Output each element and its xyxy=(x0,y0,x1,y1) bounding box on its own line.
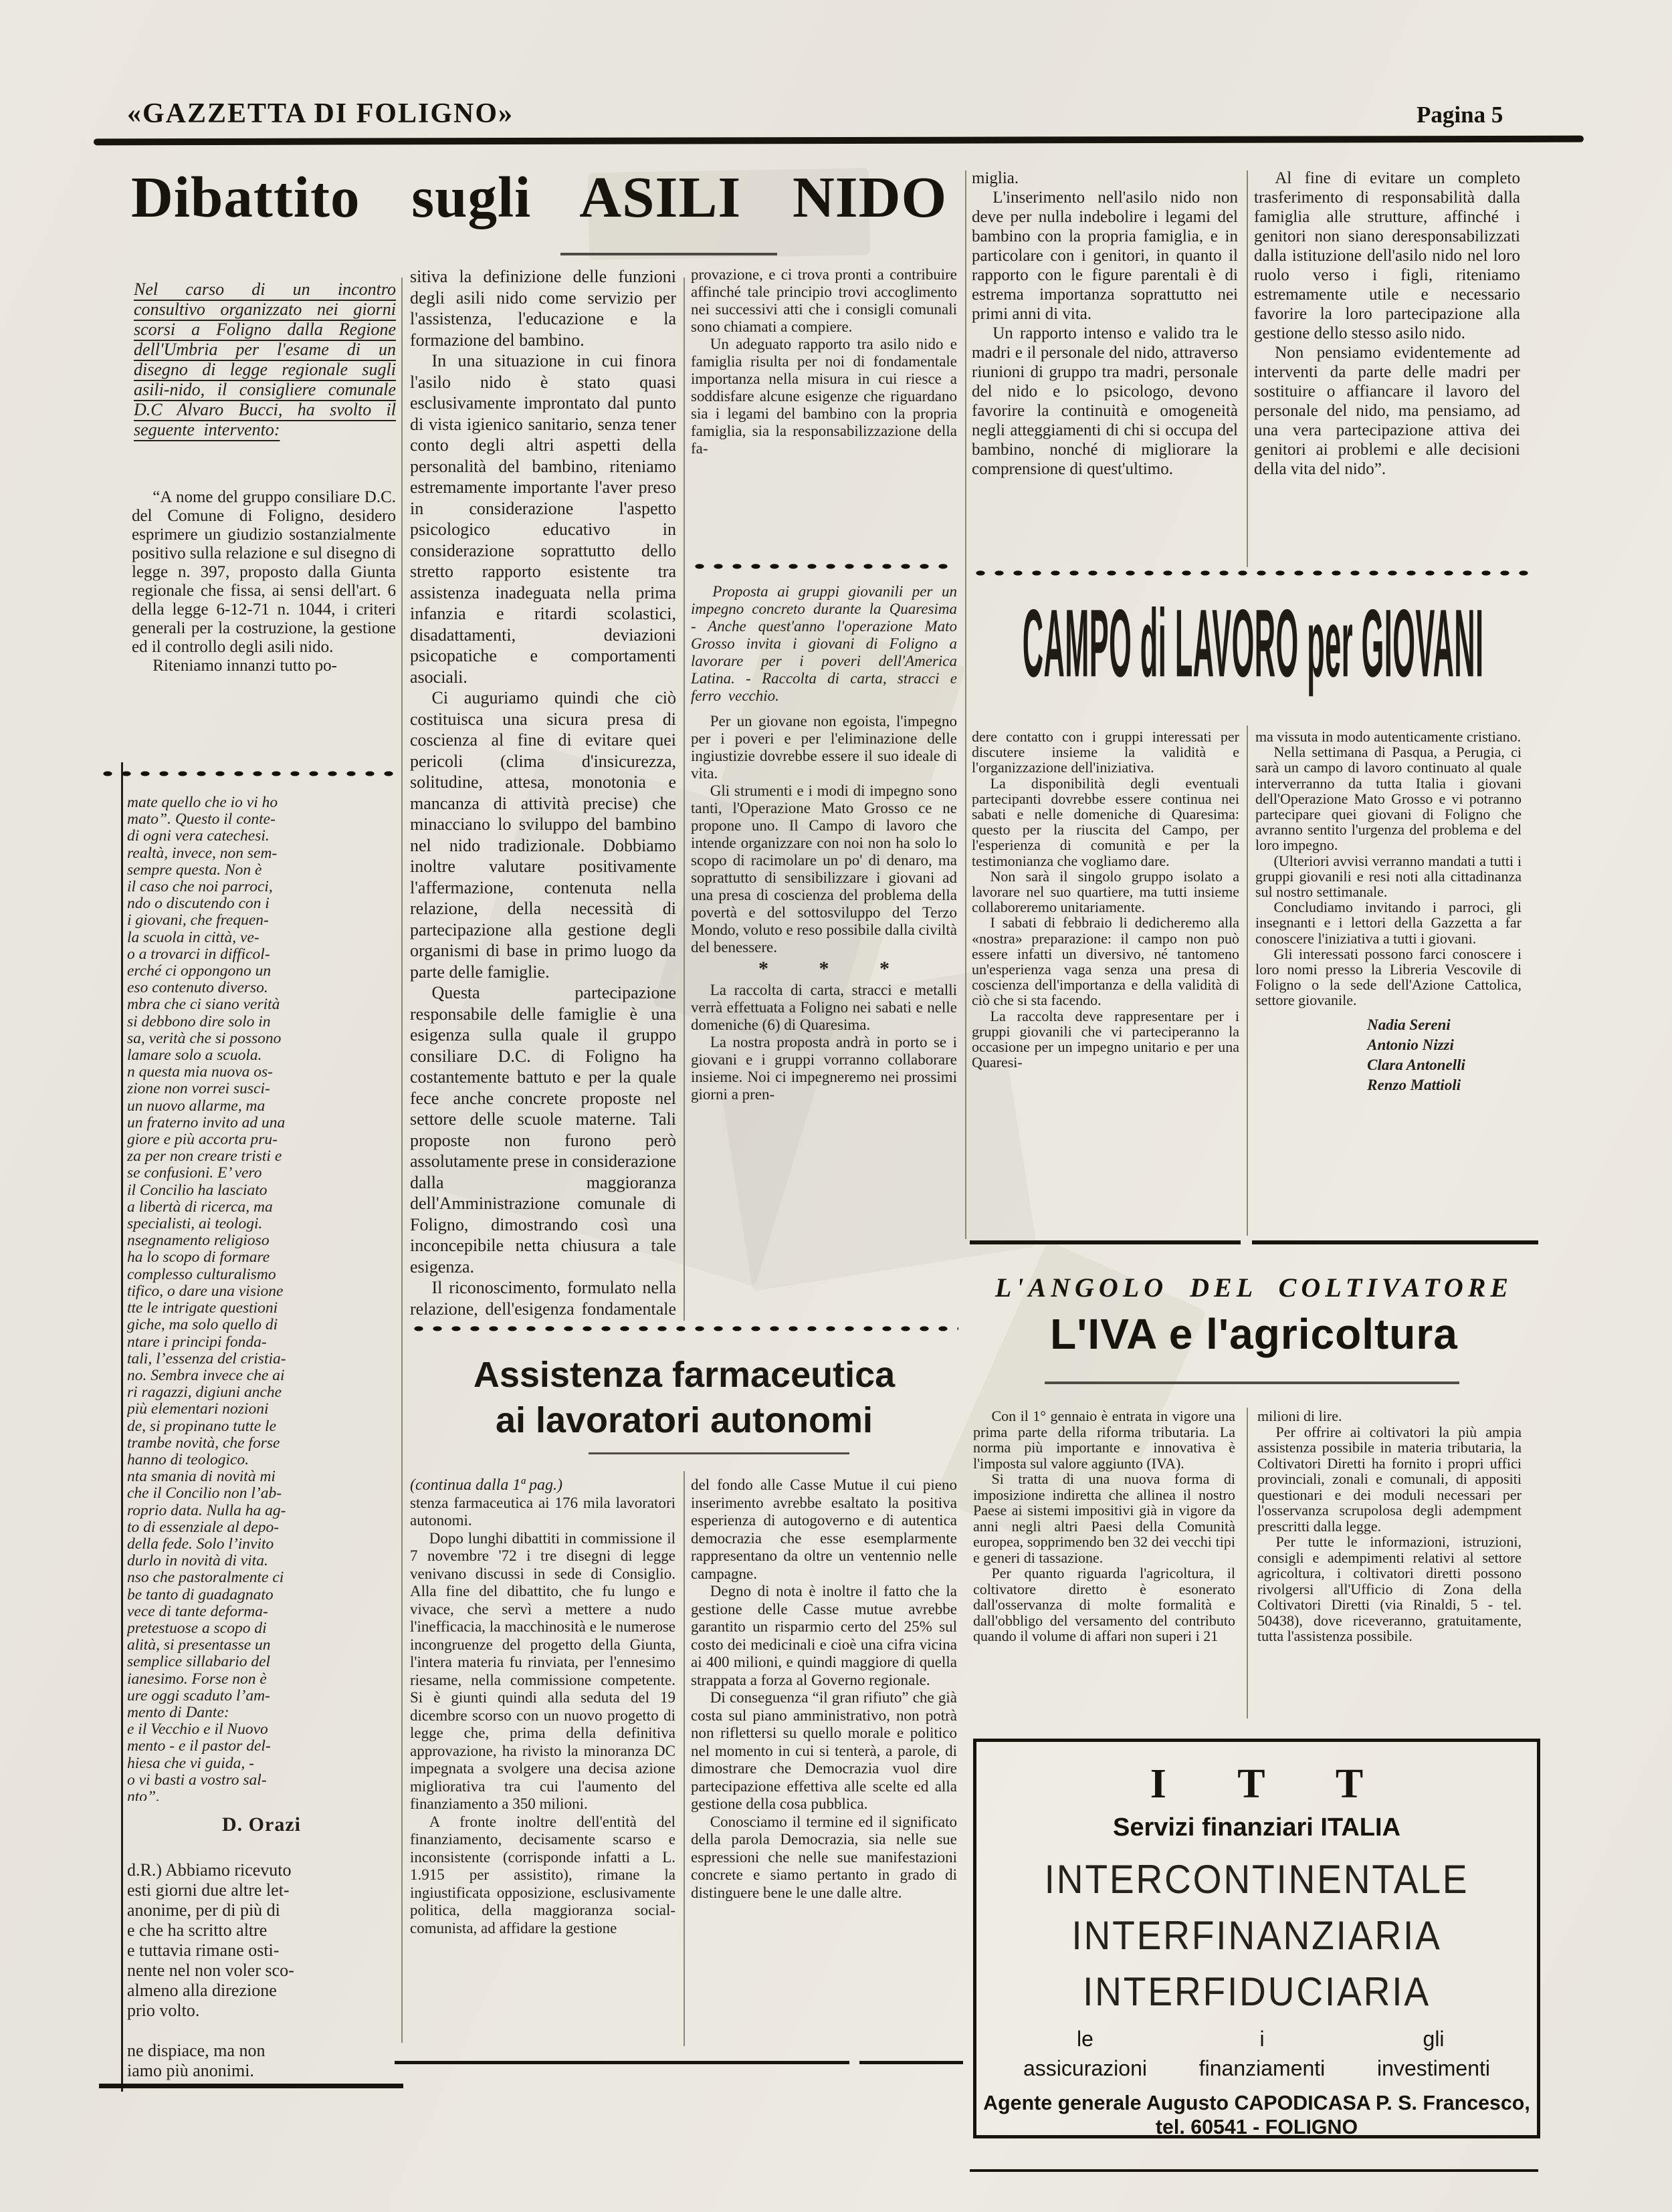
itt-services: le assicurazioni i finanziamenti gli inv… xyxy=(976,2020,1537,2083)
paragraph: de, si propinano tutte le xyxy=(127,1418,396,1435)
paragraph: dere contatto con i gruppi interessati p… xyxy=(972,729,1239,776)
column-separator xyxy=(684,1471,685,2046)
paragraph: la scuola in città, ve- xyxy=(127,929,396,946)
bottom-right-rule xyxy=(970,2169,1538,2172)
paragraph: mento di Dante: xyxy=(127,1704,396,1721)
itt-agent-line: Agente generale Augusto CAPODICASA P. S.… xyxy=(982,2083,1531,2139)
paragraph: tali, l’essenza del cristia- xyxy=(127,1351,396,1367)
paragraph: Con il 1° gennaio è entrata in vigore un… xyxy=(973,1408,1235,1471)
paragraph: “A nome del gruppo consiliare D.C. del C… xyxy=(132,488,396,657)
paragraph: o vi basti a vostro sal- xyxy=(127,1772,396,1789)
paragraph: Ci auguriamo quindi che ciò costituisca … xyxy=(410,687,676,982)
paragraph: mate quello che io vi ho xyxy=(127,794,396,811)
campo-bottom-rule xyxy=(970,1240,1241,1244)
paragraph: Renzo Mattioli xyxy=(1367,1075,1522,1095)
paragraph: sempre questa. Non è xyxy=(127,862,396,879)
paragraph: prio volto. xyxy=(127,2001,396,2021)
paragraph: Concludiamo invitando i parroci, gli ins… xyxy=(1255,899,1522,946)
headline-iva-underline xyxy=(1045,1381,1459,1384)
farma-bottom-rule xyxy=(859,2061,963,2064)
paragraph: d.R.) Abbiamo ricevuto xyxy=(127,1860,396,1880)
clipped-article-fragment: mate quello che io vi homato”. Questo il… xyxy=(127,794,396,1801)
paragraph: e che ha scritto altre xyxy=(127,1920,396,1941)
dotted-divider xyxy=(691,562,957,572)
column-separator xyxy=(401,278,403,2043)
paragraph: La raccolta di carta, stracci e metalli … xyxy=(691,982,957,1034)
paragraph: lamare solo a scuola. xyxy=(127,1047,396,1064)
service-article: i xyxy=(1199,2024,1326,2054)
campo-col3-section: Proposta ai gruppi giovanili per un impe… xyxy=(691,583,957,1319)
asili-col1-body: “A nome del gruppo consiliare D.C. del C… xyxy=(132,488,396,769)
masthead-title: «GAZZETTA DI FOLIGNO» xyxy=(127,98,514,130)
itt-brand: I T T xyxy=(976,1742,1537,1808)
paragraph: sitiva la definizione delle funzioni deg… xyxy=(410,266,676,350)
paragraph: nente nel non voler sco- xyxy=(127,1961,396,1981)
paragraph: Non sarà il singolo gruppo isolato a lav… xyxy=(972,869,1239,915)
paragraph: to di essenziale al depo- xyxy=(127,1519,396,1536)
iva-colA: Con il 1° gennaio è entrata in vigore un… xyxy=(973,1408,1235,1724)
paragraph: mbra che ci siano verità xyxy=(127,996,396,1013)
campo-colB: ma vissuta in modo autenticamente cristi… xyxy=(1255,729,1522,1240)
farma-colB: del fondo alle Casse Mutue il cui pieno … xyxy=(691,1476,957,2078)
paragraph: Di conseguenza “il gran rifiuto” che già… xyxy=(691,1689,957,1813)
paragraph: Il riconoscimento, formulato nella relaz… xyxy=(410,1277,676,1323)
editor-note: d.R.) Abbiamo ricevutoesti giorni due al… xyxy=(127,1860,396,2085)
paragraph: ne dispiace, ma non xyxy=(127,2041,396,2061)
itt-company-lines: INTERCONTINENTALE INTERFINANZIARIA INTER… xyxy=(976,1842,1537,2020)
paragraph: Per un giovane non egoista, l'impegno pe… xyxy=(691,713,957,782)
paragraph xyxy=(127,2021,396,2041)
headline-underline xyxy=(560,253,777,255)
itt-subtitle: Servizi finanziari ITALIA xyxy=(976,1808,1537,1842)
column-separator xyxy=(1247,171,1248,567)
paragraph: ma vissuta in modo autenticamente cristi… xyxy=(1255,729,1522,744)
paragraph: ure oggi scaduto l’am- xyxy=(127,1688,396,1704)
asili-col3: provazione, e ci trova pronti a contribu… xyxy=(691,266,957,559)
paragraph: Gli strumenti e i modi di impegno sono t… xyxy=(691,782,957,956)
service-article: le xyxy=(1023,2024,1147,2054)
paragraph: ri ragazzi, digiuni anche xyxy=(127,1384,396,1401)
paragraph: giche, ma solo quello di xyxy=(127,1317,396,1333)
itt-service-investimenti: gli investimenti xyxy=(1377,2024,1490,2083)
paragraph: il caso che noi parroci, xyxy=(127,879,396,895)
paragraph: A fronte inoltre dell'entità del finanzi… xyxy=(410,1813,675,1938)
paragraph: un nuovo allarme, ma xyxy=(127,1098,396,1115)
headline-farmaceutica-underline xyxy=(589,1452,849,1454)
paragraph: roprio data. Nulla ha ag- xyxy=(127,1503,396,1519)
paragraph: provazione, e ci trova pronti a contribu… xyxy=(691,266,957,336)
campo-bottom-rule xyxy=(1252,1240,1538,1244)
headline-campo-lavoro: CAMPO di LAVORO per GIOVANI xyxy=(968,588,1538,722)
dotted-divider xyxy=(410,1324,958,1334)
column-separator xyxy=(684,278,685,1321)
paragraph: Dopo lunghi dibattiti in commissione il … xyxy=(410,1530,675,1813)
paragraph: Nadia Sereni xyxy=(1367,1015,1522,1035)
paragraph: alità, si presentasse un xyxy=(127,1637,396,1654)
paragraph: Degno di nota è inoltre il fatto che la … xyxy=(691,1583,957,1689)
paragraph: Al fine di evitare un completo trasferim… xyxy=(1254,169,1520,343)
paragraph: del fondo alle Casse Mutue il cui pieno … xyxy=(691,1476,957,1583)
column-separator xyxy=(965,171,966,1239)
paragraph: eso contenuto diverso. xyxy=(127,980,396,996)
campo-colA: dere contatto con i gruppi interessati p… xyxy=(972,729,1239,1240)
paragraph: tte le intrigate questioni xyxy=(127,1300,396,1317)
asili-col5: Al fine di evitare un completo trasferim… xyxy=(1254,169,1520,567)
paragraph: milioni di lire. xyxy=(1257,1408,1522,1424)
paragraph: La raccolta deve rappresentare per i gru… xyxy=(972,1008,1239,1071)
iva-colB: milioni di lire.Per offrire ai coltivato… xyxy=(1257,1408,1522,1729)
paragraph: zione non vorrei susci- xyxy=(127,1081,396,1097)
paragraph: che il Concilio non l’ab- xyxy=(127,1485,396,1502)
itt-line: INTERFINANZIARIA xyxy=(999,1908,1515,1964)
service-article: gli xyxy=(1377,2024,1490,2054)
paragraph: Conosciamo il termine ed il significato … xyxy=(691,1813,957,1902)
paragraph: e il Vecchio e il Nuovo xyxy=(127,1721,396,1738)
kicker-angolo-coltivatore: L'ANGOLO DEL COLTIVATORE xyxy=(970,1272,1538,1303)
itt-ad-box: I T T Servizi finanziari ITALIA INTERCON… xyxy=(973,1739,1540,2138)
paragraph: mento - e il pastor del- xyxy=(127,1738,396,1755)
paragraph: hiesa che vi guida, - xyxy=(127,1755,396,1772)
itt-service-assicurazioni: le assicurazioni xyxy=(1023,2024,1147,2083)
paragraph: realtà, invece, non sem- xyxy=(127,845,396,862)
paragraph: za per non creare tristi e xyxy=(127,1148,396,1165)
paragraph: n questa mia nuova os- xyxy=(127,1064,396,1081)
paragraph: complesso culturalismo xyxy=(127,1266,396,1283)
paragraph: nso che pastoralmente ci xyxy=(127,1569,396,1586)
paragraph: nto”. xyxy=(127,1789,396,1801)
paragraph: nta smania di novità mi xyxy=(127,1468,396,1485)
campo-signatures: Nadia SereniAntonio NizziClara Antonelli… xyxy=(1255,1015,1522,1095)
stars-separator: * * * xyxy=(691,960,957,978)
paragraph: durlo in novità di vita. xyxy=(127,1553,396,1569)
headline-iva-agricoltura: L'IVA e l'agricoltura xyxy=(970,1309,1538,1359)
page-edge-line xyxy=(121,762,123,2092)
farma-bottom-rule xyxy=(395,2061,849,2064)
paragraph: Antonio Nizzi xyxy=(1367,1035,1522,1055)
column1-bottom-rule xyxy=(99,2084,403,2088)
dotted-divider xyxy=(972,568,1537,578)
itt-service-finanziamenti: i finanziamenti xyxy=(1199,2024,1326,2083)
paragraph: Un adeguato rapporto tra asilo nido e fa… xyxy=(691,336,957,457)
paragraph: specialisti, ai teologi. xyxy=(127,1216,396,1232)
paragraph: ndo o discutendo con i xyxy=(127,895,396,912)
paragraph: semplice sillabario del xyxy=(127,1654,396,1670)
paragraph: Si tratta di una nuova forma di imposizi… xyxy=(973,1471,1235,1565)
paragraph: della fede. Solo l’invito xyxy=(127,1536,396,1553)
asili-col1-intro: Nel carso di un incontro consultivo orga… xyxy=(134,280,396,480)
paragraph: vece di tante deforma- xyxy=(127,1603,396,1620)
paragraph: esti giorni due altre let- xyxy=(127,1880,396,1900)
paragraph: Nella settimana di Pasqua, a Perugia, ci… xyxy=(1255,744,1522,853)
paragraph: anonime, per di più di xyxy=(127,1900,396,1920)
paragraph: hanno di teologico. xyxy=(127,1452,396,1468)
paragraph: iamo più anonimi. xyxy=(127,2061,396,2081)
campo-col3a: Per un giovane non egoista, l'impegno pe… xyxy=(691,713,957,956)
paragraph: Gli interessati possono farci conoscere … xyxy=(1255,946,1522,1008)
paragraph: pretestuose a scopo di xyxy=(127,1620,396,1637)
page-number: Pagina 5 xyxy=(1417,102,1503,128)
intro-paragraph: Nel carso di un incontro consultivo orga… xyxy=(134,280,396,440)
paragraph: La disponibilità degli eventuali parteci… xyxy=(972,776,1239,869)
paragraph: no. Sembra invece che ai xyxy=(127,1367,396,1384)
paragraph: Riteniamo innanzi tutto po- xyxy=(132,657,396,675)
paragraph: erché ci oppongono un xyxy=(127,963,396,980)
paragraph: Questa partecipazione responsabile delle… xyxy=(410,982,676,1277)
paragraph: La nostra proposta andrà in porto se i g… xyxy=(691,1034,957,1103)
paragraph: miglia. xyxy=(972,169,1238,188)
campo-col3b: La raccolta di carta, stracci e metalli … xyxy=(691,982,957,1103)
itt-line: INTERCONTINENTALE xyxy=(999,1852,1515,1908)
continua-note: (continua dalla 1ª pag.) xyxy=(410,1476,675,1495)
dotted-divider xyxy=(99,769,398,779)
paragraph: Per tutte le informazioni, istruzioni, c… xyxy=(1257,1534,1522,1644)
paragraph: il Concilio ha lasciato xyxy=(127,1182,396,1199)
paragraph: In una situazione in cui finora l'asilo … xyxy=(410,350,676,687)
campo-colB-text: ma vissuta in modo autenticamente cristi… xyxy=(1255,729,1522,1008)
paragraph: mato”. Questo il conte- xyxy=(127,811,396,828)
farma-colA: (continua dalla 1ª pag.) stenza farmaceu… xyxy=(410,1476,675,2046)
paragraph: stenza farmaceutica ai 176 mila lavorato… xyxy=(410,1495,675,1530)
paragraph: Per quanto riguarda l'agricoltura, il co… xyxy=(973,1565,1235,1644)
service-name: assicurazioni xyxy=(1023,2054,1147,2083)
signature-d-orazi: D. Orazi xyxy=(127,1813,396,1836)
paragraph: di ogni vera catechesi. xyxy=(127,828,396,845)
itt-line: INTERFIDUCIARIA xyxy=(999,1964,1515,2020)
paragraph: se confusioni. E’ vero xyxy=(127,1165,396,1182)
paragraph: si debbono dire solo in xyxy=(127,1014,396,1030)
campo-intro: Proposta ai gruppi giovanili per un impe… xyxy=(691,583,957,705)
paragraph: almeno alla direzione xyxy=(127,1981,396,2001)
paragraph: tifico, o dare una visione xyxy=(127,1283,396,1300)
paragraph: ianesimo. Forse non è xyxy=(127,1671,396,1688)
headline-asili-nido: Dibattito sugli ASILI NIDO xyxy=(131,163,947,231)
paragraph: giore e più accorta pru- xyxy=(127,1131,396,1148)
masthead-rule xyxy=(94,136,1584,146)
service-name: investimenti xyxy=(1377,2054,1490,2083)
column-separator xyxy=(1247,1408,1248,1719)
asili-col4: miglia.L'inserimento nell'asilo nido non… xyxy=(972,169,1238,564)
paragraph: ntare i principi fonda- xyxy=(127,1334,396,1351)
paragraph: sa, verità che si possono xyxy=(127,1030,396,1047)
farma-colA-text: stenza farmaceutica ai 176 mila lavorato… xyxy=(410,1495,675,1938)
paragraph: L'inserimento nell'asilo nido non deve p… xyxy=(972,188,1238,324)
asili-col2: sitiva la definizione delle funzioni deg… xyxy=(410,266,676,1323)
paragraph: ha lo scopo di formare xyxy=(127,1249,396,1266)
paragraph: e tuttavia rimane osti- xyxy=(127,1941,396,1961)
paragraph: Clara Antonelli xyxy=(1367,1055,1522,1075)
paragraph: nsegnamento religioso xyxy=(127,1232,396,1249)
paragraph: I sabati di febbraio li dedicheremo alla… xyxy=(972,915,1239,1008)
headline-farmaceutica-line2: ai lavoratori autonomi xyxy=(410,1398,958,1443)
paragraph: Per offrire ai coltivatori la più ampia … xyxy=(1257,1424,1522,1535)
paragraph: un fraterno invito ad una xyxy=(127,1115,396,1131)
paragraph: a libertà di ricerca, ma xyxy=(127,1199,396,1216)
paragraph: Un rapporto intenso e valido tra le madr… xyxy=(972,324,1238,479)
campo-intro-paragraph: Proposta ai gruppi giovanili per un impe… xyxy=(691,583,957,705)
headline-farmaceutica-line1: Assistenza farmaceutica xyxy=(410,1352,958,1398)
paragraph: più elementari nozioni xyxy=(127,1401,396,1418)
paragraph: trambe novità, che forse xyxy=(127,1435,396,1452)
paragraph: be tanto di guadagnato xyxy=(127,1587,396,1603)
paragraph: Non pensiamo evidentemente ad interventi… xyxy=(1254,343,1520,479)
paragraph: (Ulteriori avvisi verranno mandati a tut… xyxy=(1255,853,1522,900)
paragraph: o a trovarci in difficol- xyxy=(127,946,396,963)
service-name: finanziamenti xyxy=(1199,2054,1326,2083)
paragraph: i giovani, che frequen- xyxy=(127,912,396,929)
